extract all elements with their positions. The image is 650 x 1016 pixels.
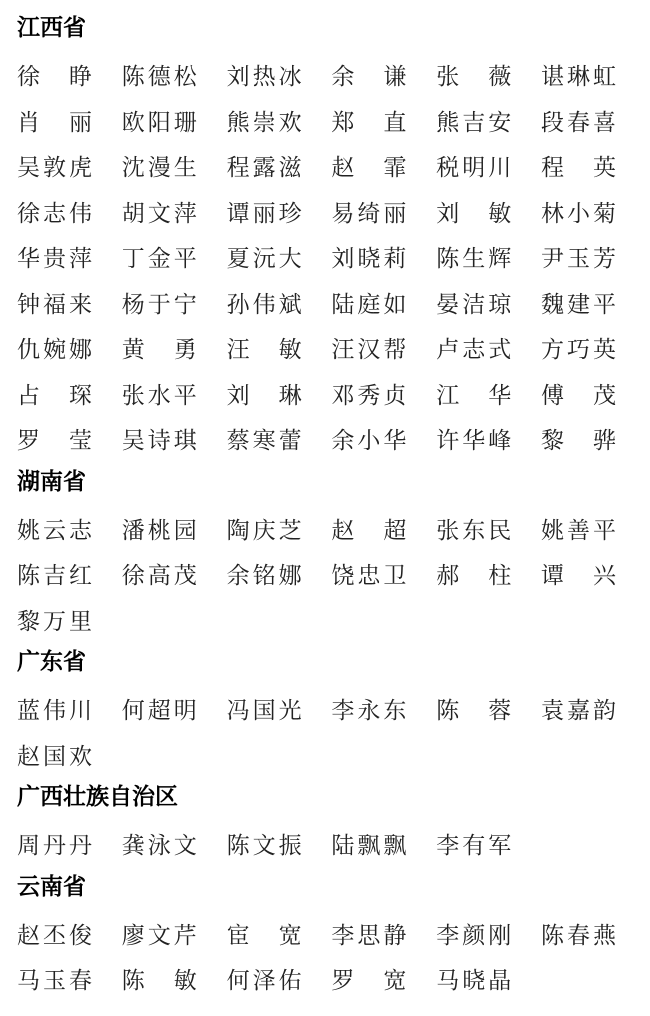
person-name: 罗莹 <box>17 422 92 455</box>
person-name: 余铭娜 <box>227 557 302 590</box>
person-name: 孙伟斌 <box>227 286 302 319</box>
person-name: 刘晓莉 <box>331 240 406 273</box>
name-row: 陈吉红徐高茂余铭娜饶忠卫郝柱谭兴 <box>17 551 650 597</box>
name-row: 钟福来杨于宁孙伟斌陆庭如晏洁琼魏建平 <box>17 280 650 326</box>
person-name: 陈德松 <box>122 58 197 91</box>
person-name: 何超明 <box>122 692 197 725</box>
person-name: 李颜刚 <box>436 917 511 950</box>
person-name: 周丹丹 <box>17 827 92 860</box>
person-name: 张薇 <box>436 58 511 91</box>
person-name: 赵丕俊 <box>17 917 92 950</box>
person-name: 余谦 <box>331 58 406 91</box>
person-name: 刘琳 <box>227 377 302 410</box>
person-name: 张水平 <box>122 377 197 410</box>
person-name: 黎万里 <box>17 603 92 636</box>
name-row: 华贵萍丁金平夏沅大刘晓莉陈生辉尹玉芳 <box>17 234 650 280</box>
person-name: 徐志伟 <box>17 195 92 228</box>
person-name: 卢志式 <box>436 331 511 364</box>
person-name: 宦宽 <box>227 917 302 950</box>
person-name: 陶庆芝 <box>227 512 302 545</box>
person-name: 汪汉帮 <box>331 331 406 364</box>
person-name: 程英 <box>541 149 616 182</box>
person-name: 张东民 <box>436 512 511 545</box>
person-name: 许华峰 <box>436 422 511 455</box>
person-name: 冯国光 <box>227 692 302 725</box>
person-name: 仇婉娜 <box>17 331 92 364</box>
person-name: 谭丽珍 <box>227 195 302 228</box>
person-name: 郝柱 <box>436 557 511 590</box>
person-name: 段春喜 <box>541 104 616 137</box>
region-title: 广西壮族自治区 <box>17 777 650 821</box>
person-name: 程露滋 <box>227 149 302 182</box>
person-name: 余小华 <box>331 422 406 455</box>
region-title: 湖南省 <box>17 462 650 506</box>
person-name: 方巧英 <box>541 331 616 364</box>
name-row: 马玉春陈敏何泽佑罗宽马晓晶 <box>17 956 650 1002</box>
person-name: 易绮丽 <box>331 195 406 228</box>
person-name: 吴敦虎 <box>17 149 92 182</box>
person-name: 蓝伟川 <box>17 692 92 725</box>
person-name: 陈春燕 <box>541 917 616 950</box>
region-section: 广西壮族自治区周丹丹龚泳文陈文振陆飘飘李有军 <box>17 777 650 867</box>
person-name: 邓秀贞 <box>331 377 406 410</box>
name-row: 罗莹吴诗琪蔡寒蕾余小华许华峰黎骅 <box>17 416 650 462</box>
person-name: 欧阳珊 <box>122 104 197 137</box>
person-name: 赵国欢 <box>17 738 92 771</box>
person-name: 熊崇欢 <box>227 104 302 137</box>
region-title: 广东省 <box>17 642 650 686</box>
person-name: 夏沅大 <box>227 240 302 273</box>
person-name: 廖文芹 <box>122 917 197 950</box>
person-name: 李有军 <box>436 827 511 860</box>
person-name: 刘敏 <box>436 195 511 228</box>
person-name: 占琛 <box>17 377 92 410</box>
name-row: 占琛张水平刘琳邓秀贞江华傅茂 <box>17 371 650 417</box>
name-row: 赵国欢 <box>17 732 650 778</box>
person-name: 肖丽 <box>17 104 92 137</box>
region-section: 广东省蓝伟川何超明冯国光李永东陈蓉袁嘉韵赵国欢 <box>17 642 650 777</box>
person-name: 郑直 <box>331 104 406 137</box>
person-name: 李永东 <box>331 692 406 725</box>
person-name: 谌琳虹 <box>541 58 616 91</box>
person-name: 马晓晶 <box>436 962 511 995</box>
person-name: 陆飘飘 <box>331 827 406 860</box>
person-name: 罗宽 <box>331 962 406 995</box>
person-name: 徐睁 <box>17 58 92 91</box>
person-name: 华贵萍 <box>17 240 92 273</box>
person-name: 陈生辉 <box>436 240 511 273</box>
name-row: 吴敦虎沈漫生程露滋赵霏税明川程英 <box>17 143 650 189</box>
person-name: 徐高茂 <box>122 557 197 590</box>
person-name: 蔡寒蕾 <box>227 422 302 455</box>
person-name: 黄勇 <box>122 331 197 364</box>
region-section: 江西省徐睁陈德松刘热冰余谦张薇谌琳虹肖丽欧阳珊熊崇欢郑直熊吉安段春喜吴敦虎沈漫生… <box>17 8 650 462</box>
person-name: 姚善平 <box>541 512 616 545</box>
person-name: 黎骅 <box>541 422 616 455</box>
name-row: 仇婉娜黄勇汪敏汪汉帮卢志式方巧英 <box>17 325 650 371</box>
person-name: 饶忠卫 <box>331 557 406 590</box>
name-row: 徐睁陈德松刘热冰余谦张薇谌琳虹 <box>17 52 650 98</box>
person-name: 袁嘉韵 <box>541 692 616 725</box>
person-name: 何泽佑 <box>227 962 302 995</box>
person-name: 杨于宁 <box>122 286 197 319</box>
name-row: 黎万里 <box>17 597 650 643</box>
person-name: 胡文萍 <box>122 195 197 228</box>
name-row: 周丹丹龚泳文陈文振陆飘飘李有军 <box>17 821 650 867</box>
person-name: 林小菊 <box>541 195 616 228</box>
person-name: 李思静 <box>331 917 406 950</box>
person-name: 晏洁琼 <box>436 286 511 319</box>
name-row: 赵丕俊廖文芹宦宽李思静李颜刚陈春燕 <box>17 911 650 957</box>
person-name: 刘热冰 <box>227 58 302 91</box>
name-row: 蓝伟川何超明冯国光李永东陈蓉袁嘉韵 <box>17 686 650 732</box>
person-name: 陈文振 <box>227 827 302 860</box>
region-section: 湖南省姚云志潘桃园陶庆芝赵超张东民姚善平陈吉红徐高茂余铭娜饶忠卫郝柱谭兴黎万里 <box>17 462 650 643</box>
person-name: 沈漫生 <box>122 149 197 182</box>
person-name: 陈吉红 <box>17 557 92 590</box>
person-name: 陆庭如 <box>331 286 406 319</box>
name-row: 肖丽欧阳珊熊崇欢郑直熊吉安段春喜 <box>17 98 650 144</box>
person-name: 丁金平 <box>122 240 197 273</box>
name-list-document: 江西省徐睁陈德松刘热冰余谦张薇谌琳虹肖丽欧阳珊熊崇欢郑直熊吉安段春喜吴敦虎沈漫生… <box>0 0 650 1002</box>
person-name: 陈蓉 <box>436 692 511 725</box>
person-name: 傅茂 <box>541 377 616 410</box>
person-name: 潘桃园 <box>122 512 197 545</box>
person-name: 赵超 <box>331 512 406 545</box>
person-name: 马玉春 <box>17 962 92 995</box>
person-name: 熊吉安 <box>436 104 511 137</box>
person-name: 魏建平 <box>541 286 616 319</box>
person-name: 姚云志 <box>17 512 92 545</box>
person-name: 江华 <box>436 377 511 410</box>
name-row: 徐志伟胡文萍谭丽珍易绮丽刘敏林小菊 <box>17 189 650 235</box>
person-name: 陈敏 <box>122 962 197 995</box>
person-name: 谭兴 <box>541 557 616 590</box>
person-name: 龚泳文 <box>122 827 197 860</box>
region-title: 江西省 <box>17 8 650 52</box>
name-row: 姚云志潘桃园陶庆芝赵超张东民姚善平 <box>17 506 650 552</box>
person-name: 税明川 <box>436 149 511 182</box>
person-name: 汪敏 <box>227 331 302 364</box>
person-name: 钟福来 <box>17 286 92 319</box>
person-name: 赵霏 <box>331 149 406 182</box>
region-section: 云南省赵丕俊廖文芹宦宽李思静李颜刚陈春燕马玉春陈敏何泽佑罗宽马晓晶 <box>17 867 650 1002</box>
person-name: 尹玉芳 <box>541 240 616 273</box>
region-title: 云南省 <box>17 867 650 911</box>
person-name: 吴诗琪 <box>122 422 197 455</box>
